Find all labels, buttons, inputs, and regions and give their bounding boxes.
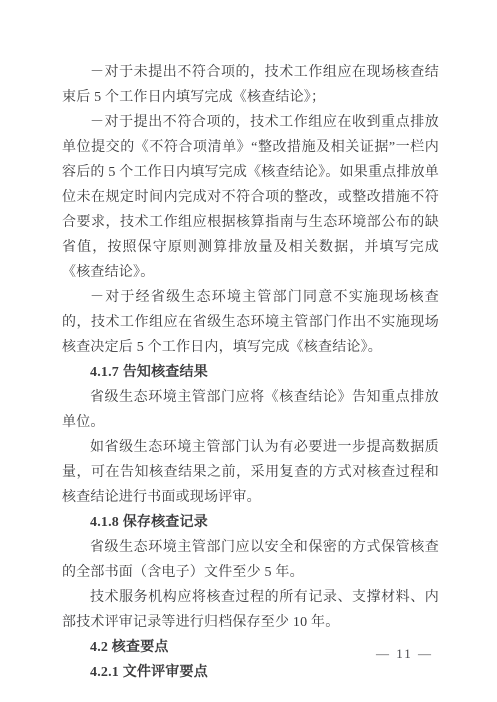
- paragraph: 省级生态环境主管部门应以安全和保密的方式保管核查的全部书面（含电子）文件至少 5…: [62, 535, 439, 585]
- document-body: －对于未提出不符合项的，技术工作组应在现场核查结束后 5 个工作日内填写完成《核…: [62, 60, 439, 685]
- paragraph: 如省级生态环境主管部门认为有必要进一步提高数据质量，可在告知核查结果之前，采用复…: [62, 435, 439, 510]
- page-number: — 11 —: [376, 641, 433, 666]
- dash-list-item: －对于经省级生态环境主管部门同意不实施现场核查的，技术工作组应在省级生态环境主管…: [62, 285, 439, 360]
- paragraph: 技术服务机构应将核查过程的所有记录、支撑材料、内部技术评审记录等进行归档保存至少…: [62, 585, 439, 635]
- document-page: －对于未提出不符合项的，技术工作组应在现场核查结束后 5 个工作日内填写完成《核…: [0, 0, 497, 702]
- dash-list-item: －对于提出不符合项的，技术工作组应在收到重点排放单位提交的《不符合项清单》“整改…: [62, 110, 439, 285]
- section-heading-4-1-8: 4.1.8 保存核查记录: [62, 510, 439, 535]
- paragraph: 省级生态环境主管部门应将《核查结论》告知重点排放单位。: [62, 385, 439, 435]
- section-heading-4-1-7: 4.1.7 告知核查结果: [62, 360, 439, 385]
- dash-list-item: －对于未提出不符合项的，技术工作组应在现场核查结束后 5 个工作日内填写完成《核…: [62, 60, 439, 110]
